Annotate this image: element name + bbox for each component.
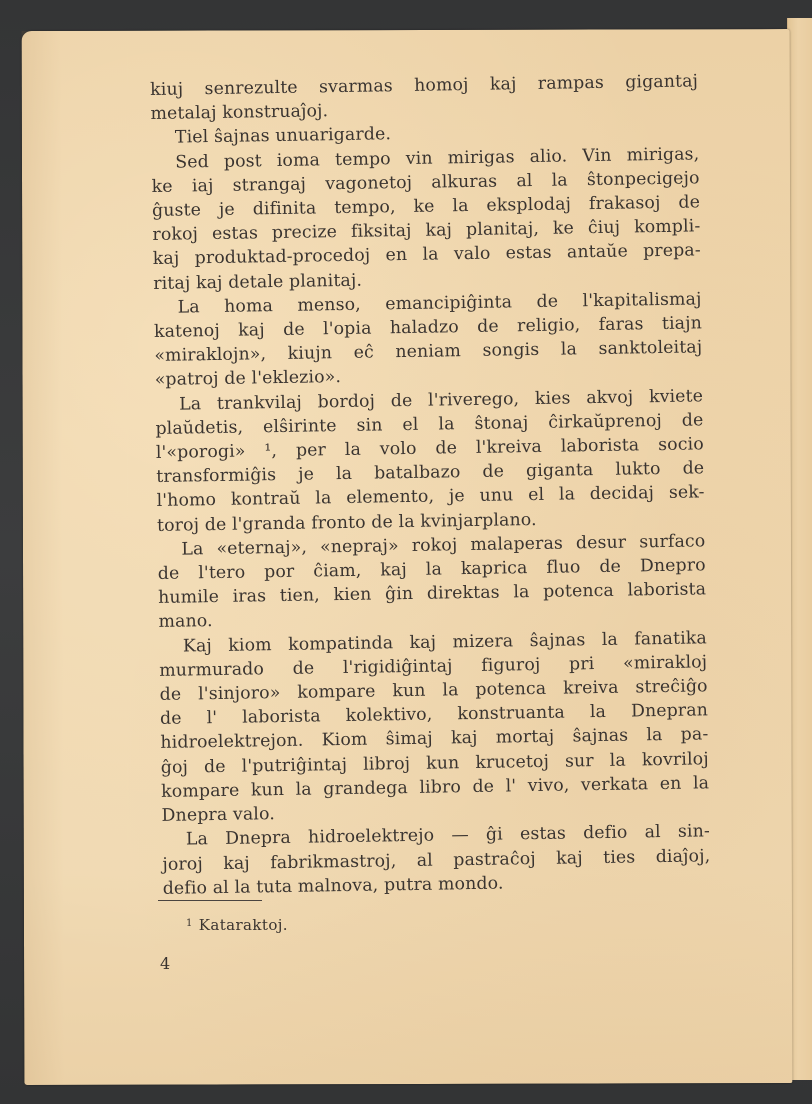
footnote: 1Kataraktoj.	[186, 916, 288, 934]
footnote-divider	[158, 900, 262, 901]
footnote-marker: 1	[186, 918, 193, 929]
paragraph: La homa menso, emancipiĝinta de l'kapita…	[153, 287, 702, 392]
paragraph: Sed post ioma tempo vin mirigas alio. Vi…	[151, 142, 701, 296]
body-text: kiuj senrezulte svarmas homoj kaj rampas…	[150, 69, 711, 900]
paragraph: La trankvilaj bordoj de l'riverego, kies…	[155, 384, 705, 538]
page-number: 4	[160, 954, 170, 973]
paragraph: Kaj kiom kompatinda kaj mizera ŝajnas la…	[159, 626, 710, 828]
paragraph: kiuj senrezulte svarmas homoj kaj rampas…	[150, 69, 699, 126]
paragraph: La Dnepra hidroelektrejo — ĝi estas defi…	[162, 820, 711, 901]
paragraph: La «eternaj», «nepraj» rokoj malaperas d…	[157, 529, 706, 634]
footnote-text: Kataraktoj.	[199, 916, 288, 934]
scanned-page-view: kiuj senrezulte svarmas homoj kaj rampas…	[0, 0, 812, 1104]
